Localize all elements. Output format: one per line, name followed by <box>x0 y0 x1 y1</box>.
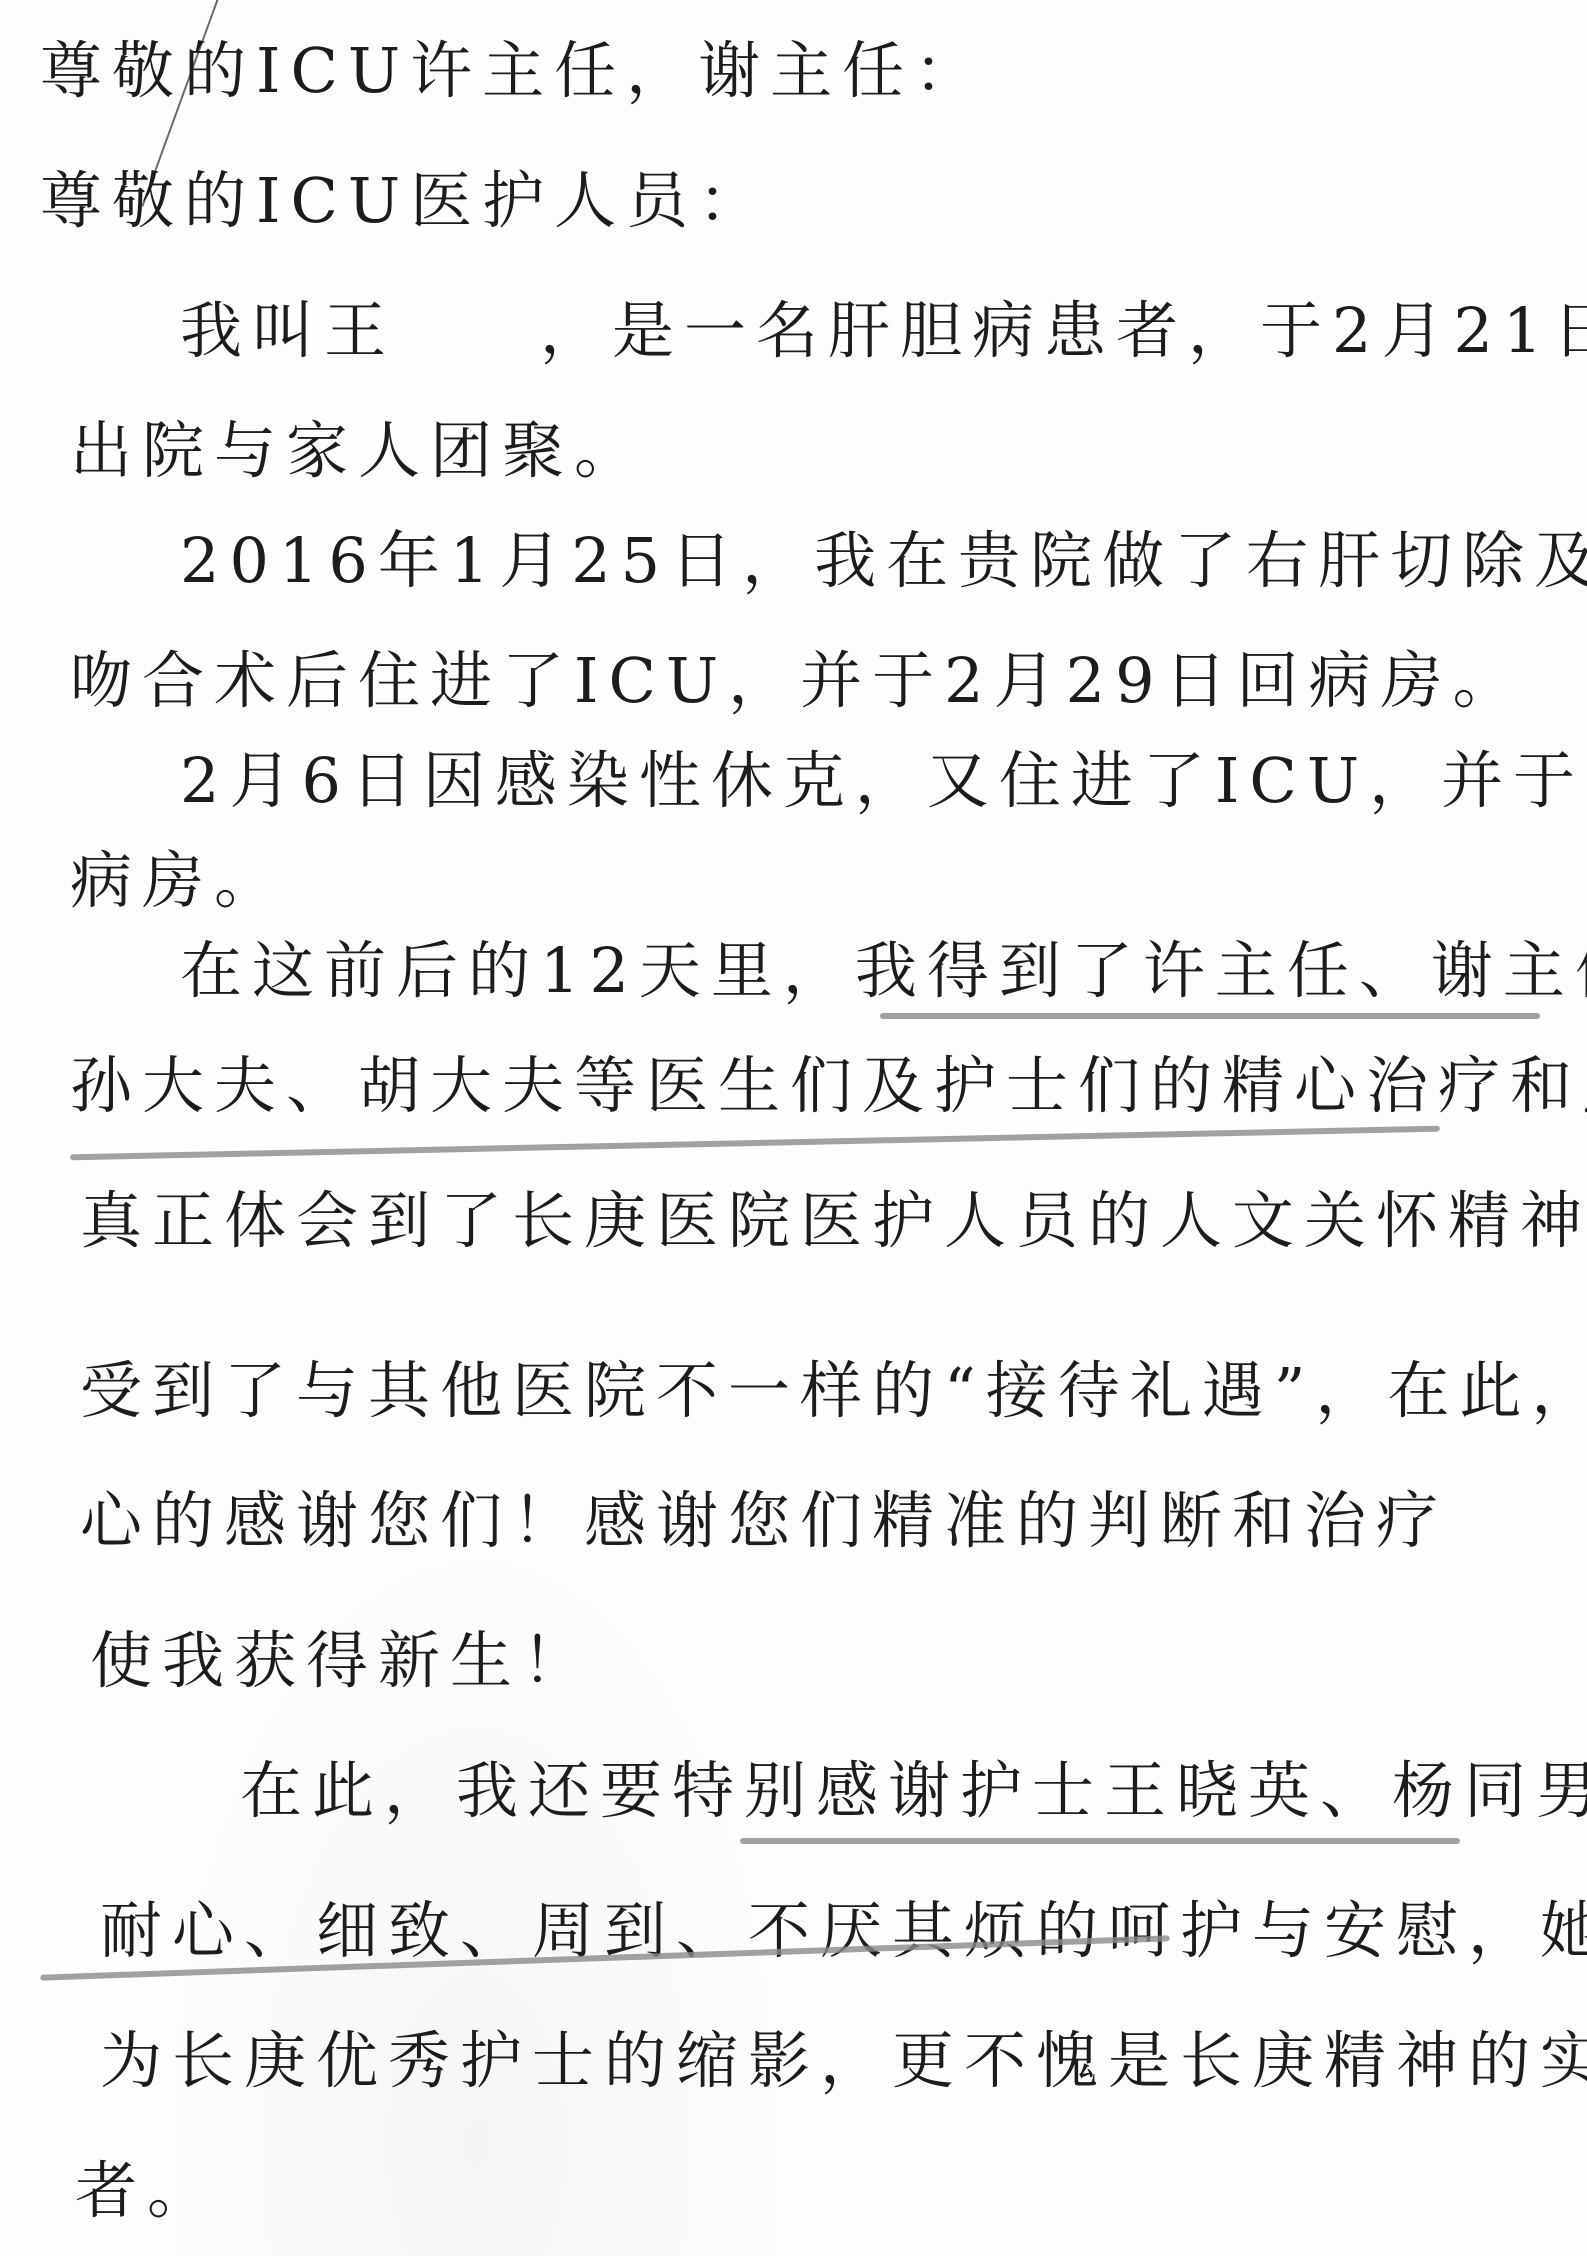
letter-line-10: 受到了与其他医院不一样的“接待礼遇”，在此，我要衷 <box>80 1360 1587 1422</box>
letter-line-2: 出院与家人团聚。 <box>70 420 646 482</box>
letter-line-7: 在这前后的12天里，我得到了许主任、谢主任，李大夫 <box>180 940 1587 1002</box>
letter-line-5: 2月6日因感染性休克，又住进了ICU，并于2月13日回 <box>180 750 1587 812</box>
highlight-underline-2 <box>70 1126 1440 1161</box>
letter-line-11: 心的感谢您们！感谢您们精准的判断和治疗 <box>80 1490 1448 1552</box>
letter-line-14: 耐心、细致、周到、不厌其烦的呵护与安慰，她们不愧 <box>100 1900 1587 1962</box>
salutation-line-1: 尊敬的ICU许主任，谢主任： <box>40 40 986 102</box>
letter-line-3: 2016年1月25日，我在贵院做了右肝切除及胆肠 <box>180 530 1587 592</box>
letter-page: 尊敬的ICU许主任，谢主任： 尊敬的ICU医护人员： 我叫王 ，是一名肝胆病患者… <box>0 0 1587 2256</box>
letter-line-6: 病房。 <box>70 850 286 912</box>
highlight-underline-1 <box>880 1013 1540 1019</box>
letter-line-12: 使我获得新生！ <box>90 1630 594 1692</box>
highlight-underline-3 <box>740 1838 1460 1844</box>
letter-line-1: 我叫王 ，是一名肝胆病患者，于2月21日元宵节前夕 <box>180 300 1587 362</box>
letter-line-15: 为长庚优秀护士的缩影，更不愧是长庚精神的实施 <box>100 2030 1587 2092</box>
letter-line-4: 吻合术后住进了ICU，并于2月29日回病房。 <box>70 650 1525 712</box>
letter-line-8: 孙大夫、胡大夫等医生们及护士们的精心治疗和照顾， <box>70 1055 1587 1117</box>
letter-line-9: 真正体会到了长庚医院医护人员的人文关怀精神，享 <box>80 1190 1587 1252</box>
letter-line-13: 在此，我还要特别感谢护士王晓英、杨同男的 <box>240 1760 1587 1822</box>
salutation-line-2: 尊敬的ICU医护人员： <box>40 170 770 232</box>
letter-line-16: 者。 <box>75 2160 219 2222</box>
